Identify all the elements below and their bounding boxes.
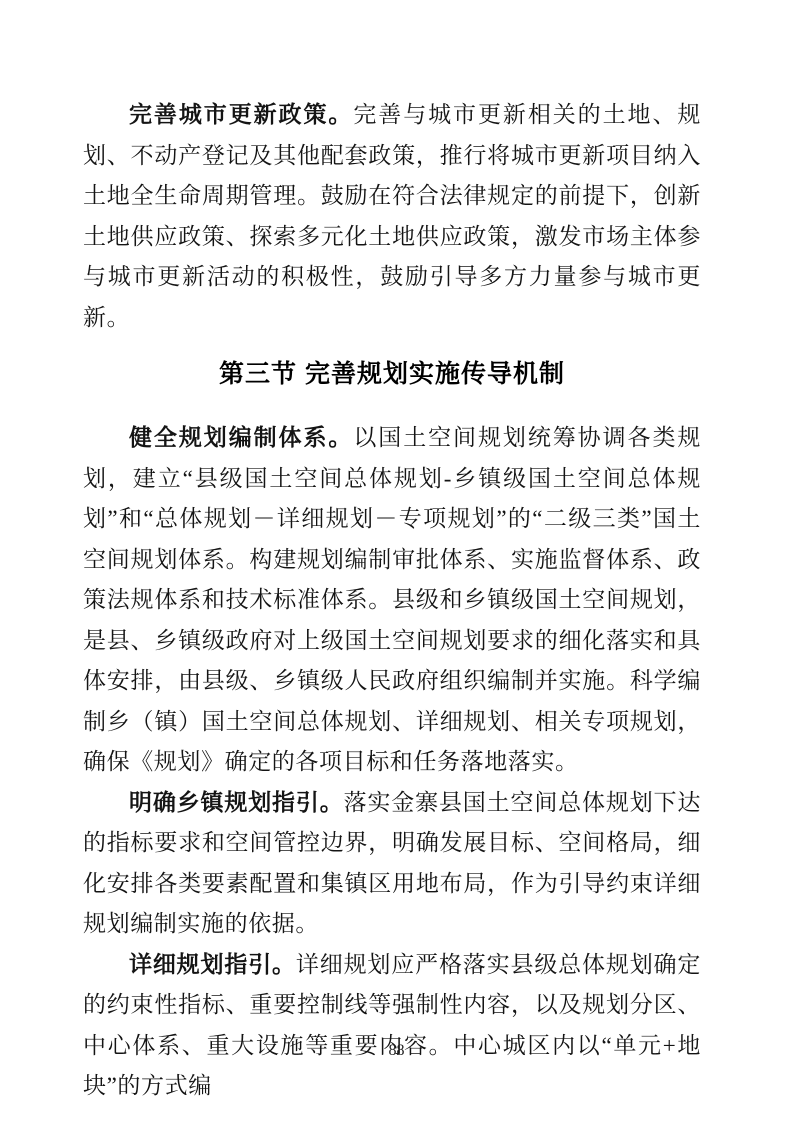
page-content: 完善城市更新政策。完善与城市更新相关的土地、规划、不动产登记及其他配套政策，推行…: [83, 95, 701, 1107]
paragraph-lead: 健全规划编制体系。: [129, 425, 353, 450]
paragraph-township-guidance: 明确乡镇规划指引。落实金寨县国土空间总体规划下达的指标要求和空间管控边界，明确发…: [83, 783, 701, 945]
paragraph-body: 以国土空间规划统筹协调各类规划，建立“县级国土空间总体规划-乡镇级国土空间总体规…: [83, 425, 701, 774]
section-heading: 第三节 完善规划实施传导机制: [83, 358, 701, 390]
page-number: 88: [0, 1042, 793, 1060]
paragraph-detailed-planning-guidance: 详细规划指引。详细规划应严格落实县级总体规划确定的约束性指标、重要控制线等强制性…: [83, 945, 701, 1107]
paragraph-lead: 明确乡镇规划指引。: [129, 790, 344, 815]
document-page: 完善城市更新政策。完善与城市更新相关的土地、规划、不动产登记及其他配套政策，推行…: [0, 0, 793, 1122]
paragraph-lead: 详细规划指引。: [129, 952, 296, 977]
paragraph-planning-system: 健全规划编制体系。以国土空间规划统筹协调各类规划，建立“县级国土空间总体规划-乡…: [83, 418, 701, 783]
paragraph-lead: 完善城市更新政策。: [129, 102, 353, 127]
paragraph-urban-renewal-policy: 完善城市更新政策。完善与城市更新相关的土地、规划、不动产登记及其他配套政策，推行…: [83, 95, 701, 338]
paragraph-body: 完善与城市更新相关的土地、规划、不动产登记及其他配套政策，推行将城市更新项目纳入…: [83, 102, 701, 330]
